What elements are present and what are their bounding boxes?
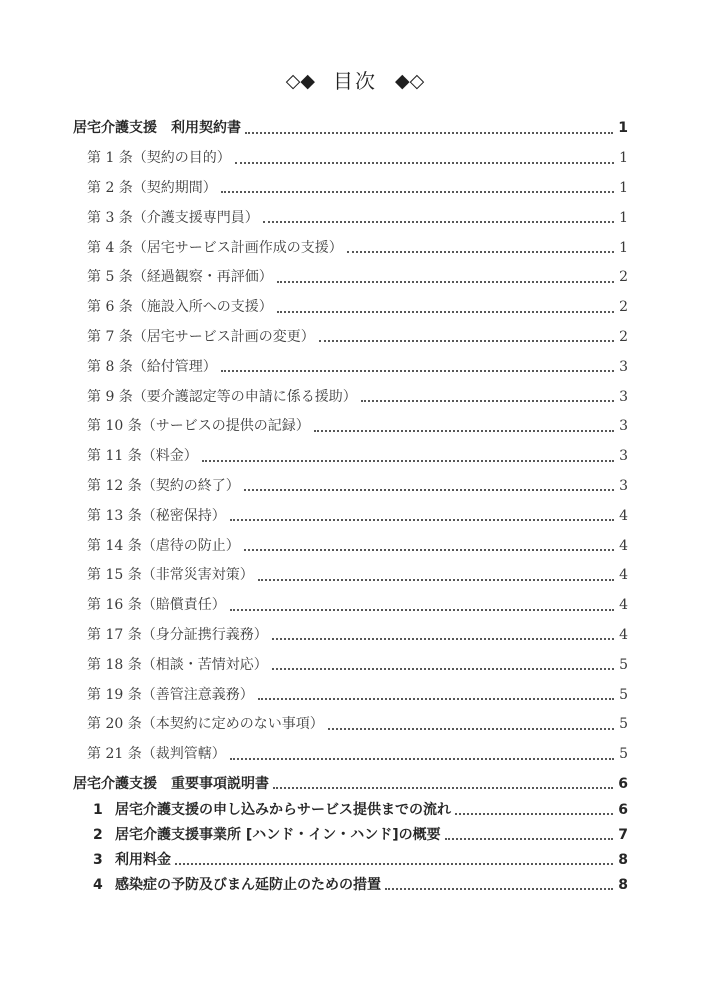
toc-entry-page: 1 [619,241,628,256]
toc-entry[interactable]: 第 12 条（契約の終了） 3 [73,470,628,500]
toc-entry[interactable]: 2 居宅介護支援事業所 [ハンド・イン・ハンド]の概要 7 [73,822,628,847]
dot-leader [245,132,613,134]
toc-entry-page: 5 [619,688,628,703]
toc-entry-label: 第 12 条（契約の終了） [87,479,240,494]
toc-entry-label: 第 7 条（居宅サービス計画の変更） [87,330,315,345]
toc-entry-number: 4 [93,878,115,893]
toc-entry-label: 第 19 条（善管注意義務） [87,688,254,703]
toc-entry-number: 1 [93,803,115,818]
toc-entry-label: 第 18 条（相談・苦情対応） [87,658,268,673]
toc-entry[interactable]: 4 感染症の予防及びまん延防止のための措置 8 [73,872,628,897]
toc-entry[interactable]: 第 3 条（介護支援専門員） 1 [73,201,628,231]
toc-entry-page: 1 [618,121,628,136]
toc-entry-label: 居宅介護支援事業所 [ハンド・イン・ハンド]の概要 [115,828,441,843]
toc-entry-label: 居宅介護支援の申し込みからサービス提供までの流れ [115,803,451,818]
toc-entry-page: 4 [619,568,628,583]
toc-entry[interactable]: 第 16 条（賠償責任） 4 [73,589,628,619]
dot-leader [263,221,614,223]
toc-entry-page: 6 [618,777,628,792]
toc-entry-page: 4 [619,598,628,613]
toc-entry-label: 第 13 条（秘密保持） [87,509,226,524]
toc-entry-page: 1 [619,211,628,226]
dot-leader [230,519,614,521]
dot-leader [230,758,614,760]
dot-leader [328,728,614,730]
toc-entry-number: 3 [93,853,115,868]
toc-entry-page: 5 [619,658,628,673]
toc-entry-label: 第 10 条（サービスの提供の記録） [87,419,310,434]
toc-entry-label: 第 15 条（非常災害対策） [87,568,254,583]
toc-entry-label: 第 16 条（賠償責任） [87,598,226,613]
dot-leader [175,863,613,865]
toc-entry-page: 2 [619,270,628,285]
dot-leader [221,191,614,193]
dot-leader [319,340,614,342]
toc-entry-page: 3 [619,390,628,405]
toc-entry[interactable]: 第 20 条（本契約に定めのない事項） 5 [73,708,628,738]
dot-leader [385,888,613,890]
toc-entry-label: 第 8 条（給付管理） [87,360,217,375]
toc-entry-label: 第 1 条（契約の目的） [87,151,231,166]
toc-list: 居宅介護支援 利用契約書 1 第 1 条（契約の目的） 1 第 2 条（契約期間… [73,112,628,897]
toc-entry-page: 4 [619,539,628,554]
toc-entry-page: 6 [618,803,628,818]
dot-leader [455,813,613,815]
toc-entry-page: 8 [618,878,628,893]
toc-entry[interactable]: 居宅介護支援 利用契約書 1 [73,112,628,142]
toc-entry-page: 5 [619,717,628,732]
toc-entry[interactable]: 第 10 条（サービスの提供の記録） 3 [73,410,628,440]
toc-entry-label: 第 6 条（施設入所への支援） [87,300,273,315]
dot-leader [277,281,614,283]
toc-entry[interactable]: 第 5 条（経過観察・再評価） 2 [73,261,628,291]
toc-entry[interactable]: 1 居宅介護支援の申し込みからサービス提供までの流れ 6 [73,797,628,822]
toc-entry[interactable]: 第 19 条（善管注意義務） 5 [73,678,628,708]
toc-entry[interactable]: 第 6 条（施設入所への支援） 2 [73,291,628,321]
toc-entry-label: 第 11 条（料金） [87,449,198,464]
toc-entry-label: 第 9 条（要介護認定等の申請に係る援助） [87,390,357,405]
dot-leader [244,489,614,491]
toc-title-text: 目次 [333,68,377,94]
toc-entry-page: 1 [619,181,628,196]
toc-entry-label: 居宅介護支援 重要事項説明書 [73,777,269,792]
title-diamonds-left-icon: ◇◆ [286,69,315,94]
toc-entry-page: 4 [619,628,628,643]
toc-entry-label: 第 21 条（裁判管轄） [87,747,226,762]
toc-entry[interactable]: 第 8 条（給付管理） 3 [73,350,628,380]
toc-entry-label: 第 5 条（経過観察・再評価） [87,270,273,285]
toc-entry-page: 2 [619,300,628,315]
dot-leader [361,400,614,402]
toc-entry-label: 第 17 条（身分証携行義務） [87,628,268,643]
toc-entry[interactable]: 第 7 条（居宅サービス計画の変更） 2 [73,321,628,351]
dot-leader [272,638,614,640]
toc-entry[interactable]: 第 11 条（料金） 3 [73,440,628,470]
toc-entry-page: 3 [619,449,628,464]
toc-entry-page: 8 [618,853,628,868]
toc-entry-page: 5 [619,747,628,762]
toc-entry[interactable]: 第 18 条（相談・苦情対応） 5 [73,648,628,678]
toc-entry-page: 4 [619,509,628,524]
toc-entry[interactable]: 居宅介護支援 重要事項説明書 6 [73,768,628,798]
dot-leader [258,579,614,581]
toc-title: ◇◆ 目次 ◆◇ [0,68,710,94]
toc-entry-label: 居宅介護支援 利用契約書 [73,121,241,136]
toc-entry[interactable]: 3 利用料金 8 [73,847,628,872]
toc-entry-label: 利用料金 [115,853,171,868]
toc-entry-page: 7 [618,828,628,843]
toc-entry[interactable]: 第 15 条（非常災害対策） 4 [73,559,628,589]
toc-entry-number: 2 [93,828,115,843]
toc-entry-label: 第 2 条（契約期間） [87,181,217,196]
toc-entry-page: 1 [619,151,628,166]
toc-entry-page: 2 [619,330,628,345]
toc-entry[interactable]: 第 17 条（身分証携行義務） 4 [73,619,628,649]
dot-leader [347,251,614,253]
toc-entry-label: 第 20 条（本契約に定めのない事項） [87,717,324,732]
toc-entry-label: 第 3 条（介護支援専門員） [87,211,259,226]
dot-leader [244,549,614,551]
dot-leader [272,668,614,670]
dot-leader [273,787,613,789]
toc-entry-page: 3 [619,419,628,434]
dot-leader [235,162,614,164]
document-page: ◇◆ 目次 ◆◇ 居宅介護支援 利用契約書 1 第 1 条（契約の目的） 1 第… [0,0,710,1004]
dot-leader [230,609,614,611]
toc-entry-page: 3 [619,479,628,494]
dot-leader [221,370,614,372]
dot-leader [277,311,614,313]
toc-entry[interactable]: 第 1 条（契約の目的） 1 [73,142,628,172]
toc-entry[interactable]: 第 14 条（虐待の防止） 4 [73,529,628,559]
dot-leader [445,838,614,840]
toc-entry-label: 感染症の予防及びまん延防止のための措置 [115,878,381,893]
toc-entry-page: 3 [619,360,628,375]
toc-entry-label: 第 14 条（虐待の防止） [87,539,240,554]
toc-entry-label: 第 4 条（居宅サービス計画作成の支援） [87,241,343,256]
dot-leader [258,698,614,700]
dot-leader [314,430,614,432]
toc-entry[interactable]: 第 2 条（契約期間） 1 [73,172,628,202]
toc-entry[interactable]: 第 9 条（要介護認定等の申請に係る援助） 3 [73,380,628,410]
dot-leader [202,460,614,462]
toc-entry[interactable]: 第 4 条（居宅サービス計画作成の支援） 1 [73,231,628,261]
title-diamonds-right-icon: ◆◇ [395,69,424,94]
toc-entry[interactable]: 第 13 条（秘密保持） 4 [73,499,628,529]
toc-entry[interactable]: 第 21 条（裁判管轄） 5 [73,738,628,768]
